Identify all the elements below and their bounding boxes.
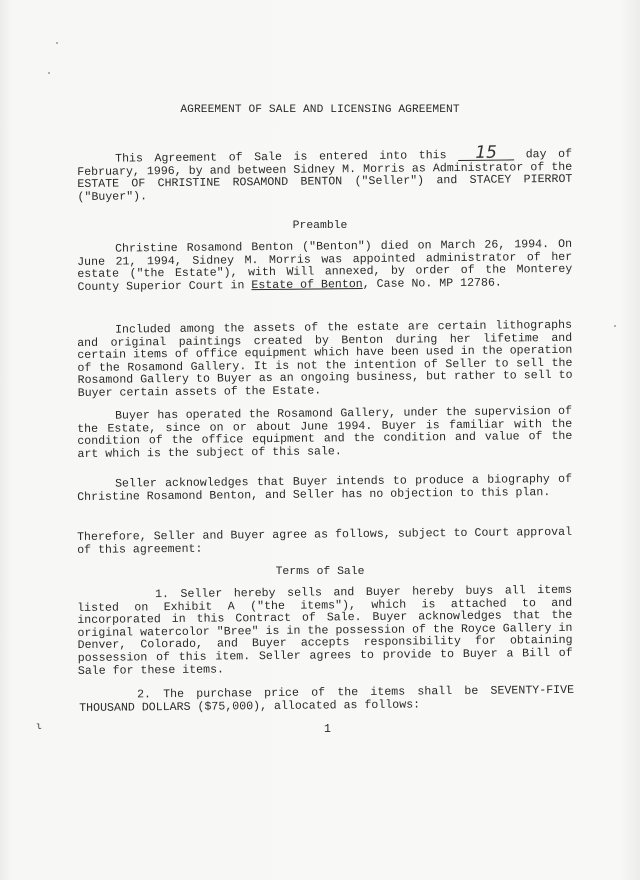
preamble-paragraph-4: Seller acknowledges that Buyer intends t… — [77, 474, 572, 504]
document-title: AGREEMENT OF SALE AND LICENSING AGREEMEN… — [0, 104, 640, 116]
preamble-paragraph-3: Buyer has operated the Rosamond Gallery,… — [77, 406, 573, 462]
preamble-p3-text: Buyer has operated the Rosamond Gallery,… — [77, 405, 572, 461]
intro-paragraph: This Agreement of Sale is entered into t… — [77, 145, 573, 205]
preamble-p2-text: Included among the assets of the estate … — [77, 319, 573, 400]
document-page: AGREEMENT OF SALE AND LICENSING AGREEMEN… — [0, 0, 640, 880]
preamble-p4-text: Seller acknowledges that Buyer intends t… — [77, 473, 572, 504]
case-name: Estate of Benton — [251, 278, 362, 292]
case-number-text: , Case No. MP 12786. — [363, 276, 502, 290]
preamble-heading: Preamble — [0, 220, 640, 232]
terms-item-2-text: 2. The purchase price of the items shall… — [79, 684, 574, 715]
terms-item-1: 1. Seller hereby sells and Buyer hereby … — [77, 585, 573, 678]
preamble-paragraph-2: Included among the assets of the estate … — [77, 320, 573, 401]
scan-speck — [48, 72, 50, 74]
terms-heading: Terms of Sale — [0, 566, 640, 578]
terms-item-1-text: 1. Seller hereby sells and Buyer hereby … — [77, 584, 573, 678]
preamble-paragraph-5: Therefore, Seller and Buyer agree as fol… — [77, 527, 572, 557]
page-number: 1 — [0, 723, 640, 736]
terms-item-2: 2. The purchase price of the items shall… — [79, 685, 574, 715]
handwritten-day: 15 — [458, 145, 514, 161]
preamble-p5-text: Therefore, Seller and Buyer agree as fol… — [77, 526, 572, 557]
preamble-paragraph-1: Christine Rosamond Benton ("Benton") die… — [77, 239, 573, 295]
scan-speck — [56, 42, 58, 44]
scan-speck — [614, 325, 616, 327]
